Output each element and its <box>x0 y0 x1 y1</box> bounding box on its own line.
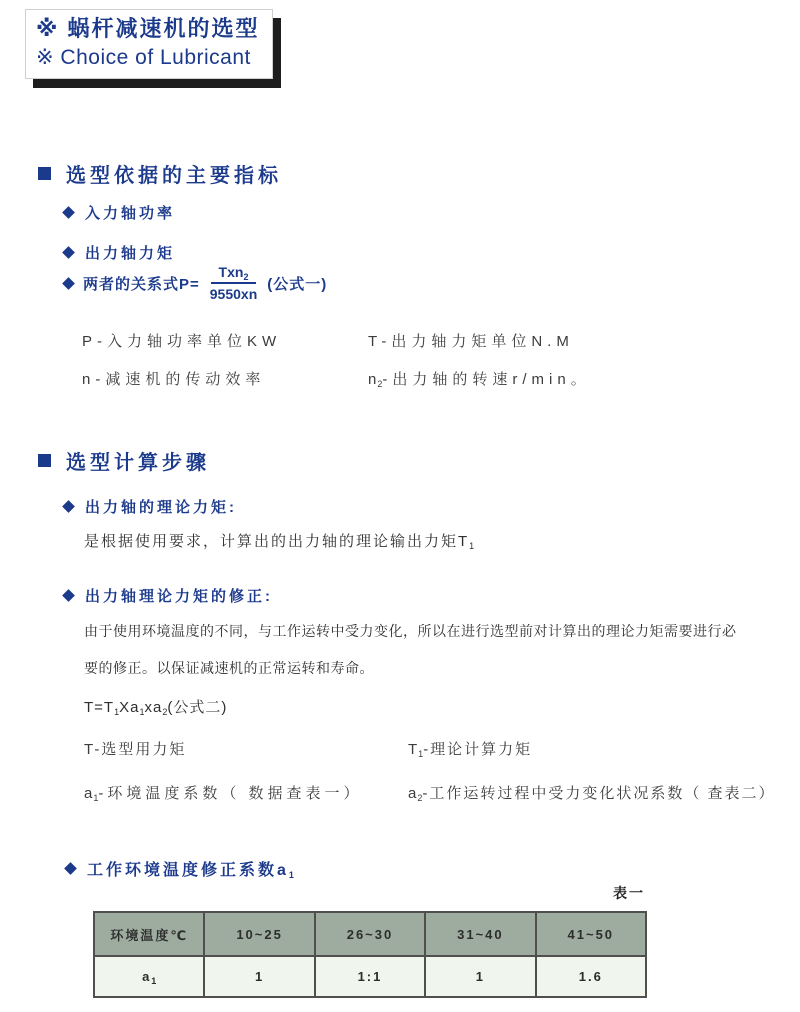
value-cell-4: 1.6 <box>536 956 646 997</box>
header-cell-range-4: 41~50 <box>536 912 646 956</box>
diamond-bullet-icon <box>64 862 77 875</box>
item1-body: 是根据使用要求，计算出的出力轴的理论输出力矩T1 <box>84 530 474 551</box>
section2-item2-title: 出力轴理论力矩的修正: <box>64 585 273 606</box>
square-bullet-icon <box>38 167 51 180</box>
title-english: ※ Choice of Lubricant <box>36 44 260 72</box>
diamond-bullet-icon <box>62 500 75 513</box>
header-cell-range-3: 31~40 <box>425 912 535 956</box>
section1-bullet-1: 入力轴功率 <box>64 202 175 223</box>
table-row: a1 1 1:1 1 1.6 <box>94 956 646 997</box>
definition-n: n-减速机的传动效率 <box>82 368 265 389</box>
row-label-a1: a1 <box>94 956 204 997</box>
section3-heading-text: 工作环境温度修正系数a1 <box>87 857 294 880</box>
definition-t: T-出力轴力矩单位N.M <box>368 330 574 351</box>
section2-item1-title: 出力轴的理论力矩: <box>64 496 237 517</box>
definition-t1: T1-理论计算力矩 <box>408 738 532 759</box>
item1-title-text: 出力轴的理论力矩: <box>85 496 237 517</box>
bullet-output-torque: 出力轴力矩 <box>85 242 175 263</box>
diamond-bullet-icon <box>62 589 75 602</box>
item2-title-text: 出力轴理论力矩的修正: <box>85 585 273 606</box>
definition-n2: n2-出力轴的转速r/min。 <box>368 368 591 389</box>
formula-two: T=T1Xa1xa2(公式二) <box>84 696 227 717</box>
table-label: 表一 <box>613 883 645 903</box>
title-chinese: ※ 蜗杆减速机的选型 <box>36 14 260 44</box>
fraction-numerator: Txn2 <box>211 264 257 284</box>
fraction-denominator: 9550xn <box>210 284 257 302</box>
formula-one-prefix: 两者的关系式P= <box>83 273 200 294</box>
header-cell-range-2: 26~30 <box>315 912 425 956</box>
definition-p: P-入力轴功率单位KW <box>82 330 281 351</box>
formula-one: 两者的关系式P= Txn2 9550xn (公式一) <box>64 264 327 302</box>
section1-heading-text: 选型依据的主要指标 <box>66 159 282 188</box>
definition-t-selection: T-选型用力矩 <box>84 738 186 759</box>
value-cell-1: 1 <box>204 956 314 997</box>
section3-heading: 工作环境温度修正系数a1 <box>66 857 294 880</box>
table-header-row: 环境温度℃ 10~25 26~30 31~40 41~50 <box>94 912 646 956</box>
definition-a1: a1-环境温度系数（ 数据查表一） <box>84 782 363 803</box>
bullet-input-power: 入力轴功率 <box>85 202 175 223</box>
temperature-coefficient-table: 环境温度℃ 10~25 26~30 31~40 41~50 a1 1 1:1 1… <box>93 911 647 998</box>
section2-heading-text: 选型计算步骤 <box>66 446 210 475</box>
title-box: ※ 蜗杆减速机的选型 ※ Choice of Lubricant <box>25 9 273 79</box>
header-cell-range-1: 10~25 <box>204 912 314 956</box>
value-cell-2: 1:1 <box>315 956 425 997</box>
square-bullet-icon <box>38 454 51 467</box>
header-cell-temperature: 环境温度℃ <box>94 912 204 956</box>
document-page: ※ 蜗杆减速机的选型 ※ Choice of Lubricant 选型依据的主要… <box>0 0 800 1012</box>
item2-paragraph-line1: 由于使用环境温度的不同，与工作运转中受力变化，所以在进行选型前对计算出的理论力矩… <box>84 621 737 641</box>
value-cell-3: 1 <box>425 956 535 997</box>
formula-one-fraction: Txn2 9550xn <box>210 264 257 302</box>
diamond-bullet-icon <box>62 246 75 259</box>
formula-one-label: (公式一) <box>267 273 327 294</box>
section1-heading: 选型依据的主要指标 <box>38 159 282 188</box>
item2-paragraph-line2: 要的修正。以保证减速机的正常运转和寿命。 <box>84 658 374 678</box>
section1-bullet-2: 出力轴力矩 <box>64 242 175 263</box>
section2-heading: 选型计算步骤 <box>38 446 210 475</box>
diamond-bullet-icon <box>62 206 75 219</box>
definition-a2: a2-工作运转过程中受力变化状况系数（ 查表二） <box>408 782 776 803</box>
diamond-bullet-icon <box>62 277 75 290</box>
